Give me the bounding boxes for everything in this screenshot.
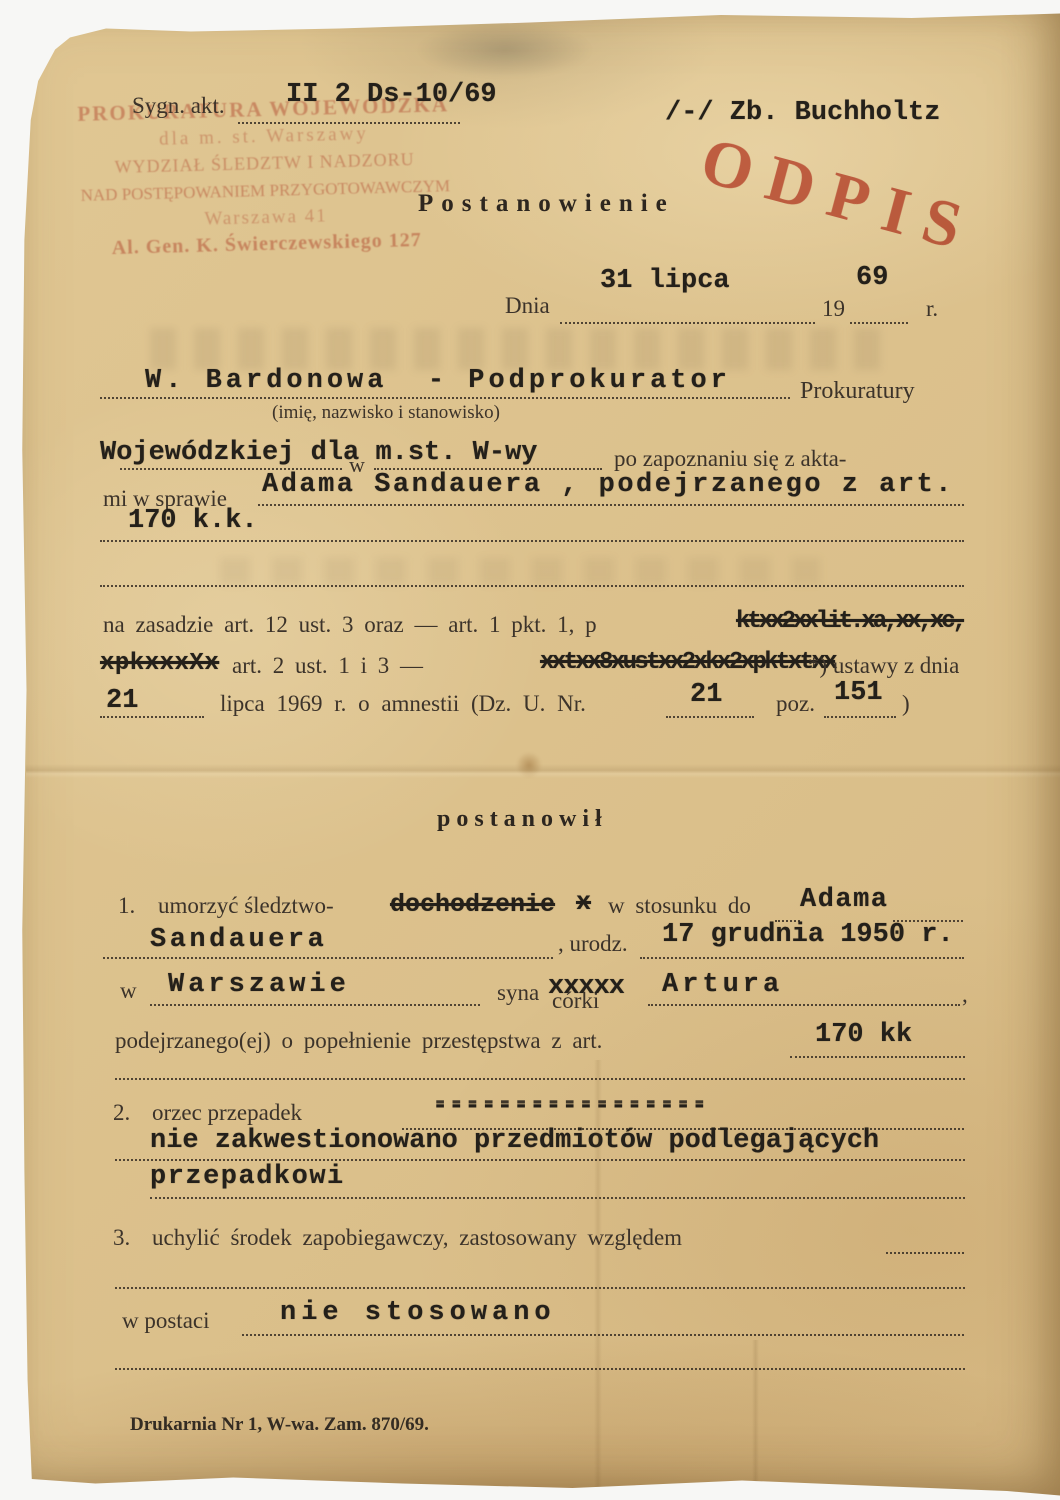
item1-w-label: w <box>120 978 137 1004</box>
item1-first-name: Adama <box>800 885 889 915</box>
poz-line <box>824 716 896 718</box>
document-title: Postanowienie <box>418 190 675 218</box>
name-line <box>100 397 790 399</box>
acta-text: po zapoznaniu się z akta- <box>614 446 846 472</box>
item1-end-line <box>115 1078 965 1080</box>
printer-imprint: Drukarnia Nr 1, W-wa. Zam. 870/69. <box>130 1414 429 1436</box>
empty-line <box>100 585 964 587</box>
poz-label: poz. <box>776 691 815 717</box>
item1-article: 170 kk <box>815 1020 912 1050</box>
case-subject: Adama Sandauera , podejrzanego z art. <box>262 470 954 500</box>
fold-crease-vertical <box>752 1340 759 1500</box>
item2-end-line <box>150 1197 965 1199</box>
item3-end-line <box>115 1368 965 1370</box>
dnia-label: Dnia <box>505 293 550 319</box>
document-scan: PROKURATURA WOJEWÓDZKA dla m. st. Warsza… <box>0 0 1060 1500</box>
item2-typed-line2: przepadkowi <box>150 1162 345 1192</box>
prokuratury-label: Prokuratury <box>800 378 915 405</box>
name-caption: (imię, nazwisko i stanowisko) <box>272 402 500 424</box>
ink-smudge <box>410 20 600 80</box>
item1-birthdate: 17 grudnia 1950 r. <box>662 920 954 950</box>
case-number-value: II 2 Ds-10/69 <box>286 80 497 110</box>
item1-father-name: Artura <box>662 970 783 1000</box>
item1-birthdate-line <box>640 957 964 959</box>
year-line <box>850 322 908 324</box>
case-article: 170 k.k. <box>128 506 258 536</box>
item2-typed-line1: nie zakwestionowano przedmiotów podlegaj… <box>150 1126 879 1156</box>
item1-corki-strikeover: xxxxx <box>548 972 624 1002</box>
item1-text-b: w stosunku do <box>608 893 751 919</box>
item1-father-line <box>648 1004 960 1006</box>
legal-line2-strikeover-a: xpkxxxXx <box>100 650 219 677</box>
date-line <box>560 322 815 324</box>
amnesty-day: 21 <box>106 686 138 716</box>
article-line <box>100 540 964 542</box>
legal-line2-strikeover-b: xxtxx8xustxx2xkx2xpktxtxx <box>540 649 835 676</box>
item3-line-c <box>242 1334 964 1336</box>
year-value: 69 <box>856 263 888 293</box>
close-paren: ) <box>902 691 910 717</box>
item2-number: 2. <box>113 1100 130 1126</box>
item1-surname-line <box>103 957 553 959</box>
item2-dashes: ----------------- <box>432 1092 707 1122</box>
item1-strike-tail: x <box>576 888 591 917</box>
legal-line2: art. 2 ust. 1 i 3 — <box>232 653 423 679</box>
item3-number: 3. <box>113 1225 130 1251</box>
item1-article-line <box>790 1056 965 1058</box>
item3-w-postaci-label: w postaci <box>122 1308 210 1334</box>
item3-text: uchylić środek zapobiegawczy, zastosowan… <box>152 1225 682 1251</box>
fold-crease-horizontal <box>26 764 1060 778</box>
case-number-label: Sygn. akt. <box>132 93 225 119</box>
case-number-line <box>238 122 460 124</box>
stain <box>516 752 542 778</box>
dziennik-nr-line <box>666 716 754 718</box>
odpis-stamp: ODPIS <box>693 123 985 269</box>
legal-line2-tail: *) ustawy z dnia <box>808 653 959 679</box>
date-value: 31 lipca <box>600 266 730 296</box>
item1-urodz-label: , urodz. <box>558 931 628 957</box>
legal-line1: na zasadzie art. 12 ust. 3 oraz — art. 1… <box>103 612 597 638</box>
item3-line-a <box>886 1252 964 1254</box>
poz-value: 151 <box>834 678 883 708</box>
item1-surname: Sandauera <box>150 925 327 955</box>
item3-typed: nie stosowano <box>280 1298 556 1328</box>
office-value: Wojewódzkiej dla m.st. W-wy <box>100 438 537 468</box>
bleed-through <box>220 558 820 584</box>
case-subject-line <box>258 504 964 506</box>
item1-text-c: podejrzanego(ej) o popełnienie przestęps… <box>115 1028 602 1054</box>
prosecutor-name: W. Bardonowa - Podprokurator <box>145 366 731 396</box>
item1-syna-label: syna <box>497 980 539 1006</box>
paper-sheet: PROKURATURA WOJEWÓDZKA dla m. st. Warsza… <box>0 0 1060 1500</box>
legal-line1-strikeover: ktxx2xxlit.xa,xx,xc, <box>736 608 964 635</box>
prosecutor-office-stamp: PROKURATURA WOJEWÓDZKA dla m. st. Warsza… <box>53 91 477 264</box>
item2-text: orzec przepadek <box>152 1100 302 1126</box>
item1-city: Warszawie <box>168 970 350 1000</box>
item1-text-a: umorzyć śledztwo- <box>158 893 334 919</box>
amnesty-day-line <box>100 716 204 718</box>
bleed-through <box>150 328 890 370</box>
copy-signature: /-/ Zb. Buchholtz <box>665 98 940 128</box>
item3-line-b <box>115 1287 965 1289</box>
dziennik-nr: 21 <box>690 680 722 710</box>
decision-heading: postanowił <box>437 806 608 833</box>
year-prefix: 19 <box>822 296 845 322</box>
item1-number: 1. <box>118 893 135 919</box>
item1-strikeover: dochodzenie <box>390 890 555 919</box>
year-suffix: r. <box>926 296 938 322</box>
item1-comma: , <box>962 982 968 1008</box>
item2-line-b <box>115 1159 965 1161</box>
item1-city-line <box>150 1004 480 1006</box>
legal-line3: lipca 1969 r. o amnestii (Dz. U. Nr. <box>220 691 586 717</box>
